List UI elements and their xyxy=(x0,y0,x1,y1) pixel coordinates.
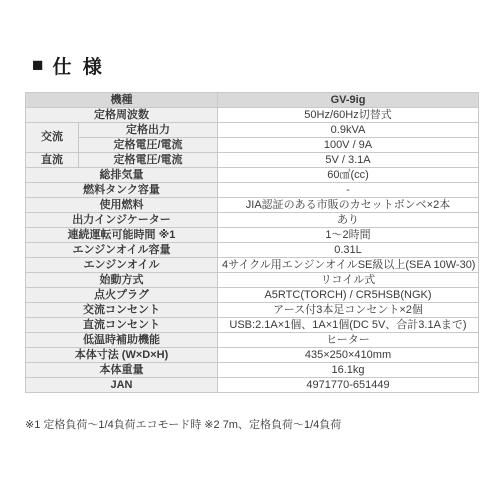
spec-value-cell: 16.1kg xyxy=(218,363,479,378)
table-row: 直流コンセント USB:2.1A×1個、1A×1個(DC 5V、合計3.1Aまで… xyxy=(26,318,479,333)
table-row: 使用燃料 JIA認証のある市販のカセットボンベ×2本 xyxy=(26,198,479,213)
spec-label-cell: エンジンオイル xyxy=(26,258,218,273)
footnote-text: ※1 定格負荷～1/4負荷エコモード時 ※2 7m、定格負荷～1/4負荷 xyxy=(25,416,341,432)
spec-group-cell: 交流 xyxy=(26,123,79,153)
spec-value-cell: 0.9kVA xyxy=(218,123,479,138)
spec-value-cell: アース付3本足コンセント×2個 xyxy=(218,303,479,318)
spec-value-cell: - xyxy=(218,183,479,198)
table-row: 総排気量 60㎤(cc) xyxy=(26,168,479,183)
spec-label-cell: 低温時補助機能 xyxy=(26,333,218,348)
square-bullet-icon: ■ xyxy=(32,56,46,75)
spec-label-cell: 本体寸法 (W×D×H) xyxy=(26,348,218,363)
spec-value-cell: あり xyxy=(218,213,479,228)
table-row: 交流 定格出力 0.9kVA xyxy=(26,123,479,138)
spec-value-cell: 60㎤(cc) xyxy=(218,168,479,183)
spec-page: ■ 仕 様 機種 GV-9ig 定格周波数 50Hz/60Hz切替式 交流 定格… xyxy=(0,0,500,500)
spec-label-cell: 定格周波数 xyxy=(26,108,218,123)
spec-value-cell: 5V / 3.1A xyxy=(218,153,479,168)
spec-value-cell: 1～2時間 xyxy=(218,228,479,243)
table-row: 燃料タンク容量 - xyxy=(26,183,479,198)
table-row: 本体重量 16.1kg xyxy=(26,363,479,378)
spec-value-cell: リコイル式 xyxy=(218,273,479,288)
table-row: JAN 4971770-651449 xyxy=(26,378,479,393)
spec-label-cell: 機種 xyxy=(26,93,218,108)
spec-label-cell: 連続運転可能時間 ※1 xyxy=(26,228,218,243)
table-row: 出力インジケーター あり xyxy=(26,213,479,228)
table-row: 低温時補助機能 ヒーター xyxy=(26,333,479,348)
spec-label-cell: エンジンオイル容量 xyxy=(26,243,218,258)
spec-value-cell: 435×250×410mm xyxy=(218,348,479,363)
spec-label-cell: 直流コンセント xyxy=(26,318,218,333)
spec-value-cell: 4971770-651449 xyxy=(218,378,479,393)
spec-label-cell: 交流コンセント xyxy=(26,303,218,318)
spec-value-cell: 50Hz/60Hz切替式 xyxy=(218,108,479,123)
spec-value-cell: 100V / 9A xyxy=(218,138,479,153)
table-row: 交流コンセント アース付3本足コンセント×2個 xyxy=(26,303,479,318)
page-title: ■ 仕 様 xyxy=(32,52,105,79)
spec-value-cell: JIA認証のある市販のカセットボンベ×2本 xyxy=(218,198,479,213)
table-row: 機種 GV-9ig xyxy=(26,93,479,108)
spec-value-cell: A5RTC(TORCH) / CR5HSB(NGK) xyxy=(218,288,479,303)
page-title-label: 仕 様 xyxy=(52,52,104,79)
spec-label-cell: 定格電圧/電流 xyxy=(79,153,218,168)
spec-label-cell: 定格電圧/電流 xyxy=(79,138,218,153)
spec-value-cell: 0.31L xyxy=(218,243,479,258)
spec-value-cell: USB:2.1A×1個、1A×1個(DC 5V、合計3.1Aまで) xyxy=(218,318,479,333)
spec-value-cell: 4サイクル用エンジンオイルSE級以上(SEA 10W-30) xyxy=(218,258,479,273)
spec-label-cell: 始動方式 xyxy=(26,273,218,288)
spec-label-cell: JAN xyxy=(26,378,218,393)
spec-table: 機種 GV-9ig 定格周波数 50Hz/60Hz切替式 交流 定格出力 0.9… xyxy=(25,92,479,393)
spec-label-cell: 出力インジケーター xyxy=(26,213,218,228)
table-row: 定格電圧/電流 100V / 9A xyxy=(26,138,479,153)
table-row: エンジンオイル容量 0.31L xyxy=(26,243,479,258)
spec-value-cell: ヒーター xyxy=(218,333,479,348)
table-row: 点火プラグ A5RTC(TORCH) / CR5HSB(NGK) xyxy=(26,288,479,303)
table-row: エンジンオイル 4サイクル用エンジンオイルSE級以上(SEA 10W-30) xyxy=(26,258,479,273)
spec-label-cell: 本体重量 xyxy=(26,363,218,378)
spec-label-cell: 総排気量 xyxy=(26,168,218,183)
spec-label-cell: 燃料タンク容量 xyxy=(26,183,218,198)
table-row: 定格周波数 50Hz/60Hz切替式 xyxy=(26,108,479,123)
spec-label-cell: 定格出力 xyxy=(79,123,218,138)
table-row: 連続運転可能時間 ※1 1～2時間 xyxy=(26,228,479,243)
table-row: 直流 定格電圧/電流 5V / 3.1A xyxy=(26,153,479,168)
table-row: 本体寸法 (W×D×H) 435×250×410mm xyxy=(26,348,479,363)
spec-group-cell: 直流 xyxy=(26,153,79,168)
spec-label-cell: 使用燃料 xyxy=(26,198,218,213)
spec-value-cell: GV-9ig xyxy=(218,93,479,108)
table-row: 始動方式 リコイル式 xyxy=(26,273,479,288)
spec-label-cell: 点火プラグ xyxy=(26,288,218,303)
